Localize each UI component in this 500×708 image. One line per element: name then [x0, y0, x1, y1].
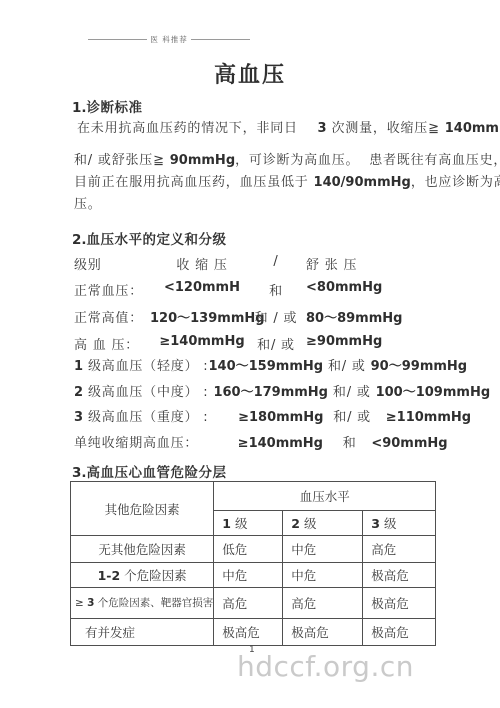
diagnosis-line-1: 在未用抗高血压药的情况下，非同日 3 次测量，收缩压≧ 140mmHg: [77, 122, 500, 136]
bp-grade-row-highnormal: 正常高值： 120～139mmHg 和 / 或 80～89mmHg: [74, 307, 446, 326]
diagnosis-line-3: 目前正在服用抗高血压药，血压虽低于 140/90mmHg，也应诊断为高血: [74, 176, 500, 190]
risk-cell: 低危: [214, 536, 283, 563]
isolated-systolic-line: 单纯收缩期高血压： ≥140mmHg 和 <90mmHg: [74, 437, 448, 451]
diastolic-col-header: 舒 张 压: [298, 254, 446, 273]
diastolic-value: <80mmHg: [298, 280, 446, 299]
table-row: ≥ 3 个危险因素、靶器官损害 高危 高危 极高危: [71, 588, 436, 619]
risk-cell: 高危: [214, 588, 283, 619]
watermark-text: hdccf.org.cn: [237, 650, 414, 683]
systolic-value: 120～139mmHg: [150, 307, 254, 326]
risk-cell: 高危: [283, 588, 363, 619]
bp-grade-row-hypertension: 高 血 压： ≥140mmHg 和/ 或 ≥90mmHg: [74, 334, 446, 353]
table-row: 有并发症 极高危 极高危 极高危: [71, 619, 436, 646]
table-row: 无其他危险因素 低危 中危 高危: [71, 536, 436, 563]
grade-label: 正常高值：: [74, 307, 150, 326]
connector-text: 和/ 或: [254, 334, 298, 353]
risk-cell: 极高危: [363, 588, 436, 619]
risk-cell: 高危: [363, 536, 436, 563]
systolic-col-header: 收 缩 压: [150, 254, 254, 273]
header-rule-line-right: [191, 39, 250, 40]
risk-cell: 极高危: [283, 619, 363, 646]
slash-separator: /: [254, 254, 298, 273]
risk-factors-header-cell: 其他危险因素: [71, 482, 214, 536]
systolic-value: <120mmH: [150, 280, 254, 299]
grade-col-header: 级别: [74, 254, 150, 273]
diagnosis-line-4: 压。: [74, 198, 102, 212]
risk-cell: 极高危: [363, 563, 436, 588]
section-2-heading: 2.血压水平的定义和分级: [72, 228, 227, 248]
risk-cell: 中危: [214, 563, 283, 588]
grade1-line: 1 级高血压（轻度） :140～159mmHg 和/ 或 90～99mmHg: [74, 360, 467, 374]
grade-label: 高 血 压：: [74, 334, 150, 353]
header-label: 医 科推荐: [147, 34, 190, 45]
bp-grade-row-normal: 正常血压： <120mmH 和 <80mmHg: [74, 280, 446, 299]
risk-row-label: 有并发症: [71, 619, 214, 646]
risk-cell: 中危: [283, 536, 363, 563]
diastolic-value: 80～89mmHg: [298, 307, 446, 326]
risk-cell: 极高危: [363, 619, 436, 646]
bp-level-header-cell: 血压水平: [214, 482, 436, 511]
risk-stratification-table: 其他危险因素 血压水平 1 级 2 级 3 级 无其他危险因素 低危 中危 高危…: [70, 481, 436, 646]
connector-text: 和: [254, 280, 298, 299]
grade2-line: 2 级高血压（中度） : 160～179mmHg 和/ 或 100～109mmH…: [74, 386, 490, 400]
diastolic-value: ≥90mmHg: [298, 334, 446, 353]
table-row: 1-2 个危险因素 中危 中危 极高危: [71, 563, 436, 588]
page-title: 高血压: [0, 58, 500, 89]
section-1-heading: 1.诊断标准: [72, 96, 143, 116]
risk-row-label: ≥ 3 个危险因素、靶器官损害: [71, 588, 214, 619]
grade-3-header-cell: 3 级: [363, 511, 436, 536]
grade3-line: 3 级高血压（重度） : ≥180mmHg 和/ 或 ≥110mmHg: [74, 411, 471, 425]
risk-cell: 极高危: [214, 619, 283, 646]
diagnosis-line-2: 和/ 或舒张压≧ 90mmHg，可诊断为高血压。 患者既往有高血压史，: [74, 154, 500, 168]
connector-text: 和 / 或: [254, 307, 298, 326]
systolic-value: ≥140mmHg: [150, 334, 254, 353]
grade-2-header-cell: 2 级: [283, 511, 363, 536]
section-3-heading: 3.高血压心血管危险分层: [72, 461, 227, 481]
page-header: 医 科推荐: [88, 33, 250, 45]
risk-row-label: 1-2 个危险因素: [71, 563, 214, 588]
risk-row-label: 无其他危险因素: [71, 536, 214, 563]
grade-label: 正常血压：: [74, 280, 150, 299]
bp-grade-header-row: 级别 收 缩 压 / 舒 张 压: [74, 254, 446, 273]
document-page: 医 科推荐 高血压 1.诊断标准 在未用抗高血压药的情况下，非同日 3 次测量，…: [0, 0, 500, 708]
risk-cell: 中危: [283, 563, 363, 588]
header-rule-line-left: [88, 39, 147, 40]
grade-1-header-cell: 1 级: [214, 511, 283, 536]
